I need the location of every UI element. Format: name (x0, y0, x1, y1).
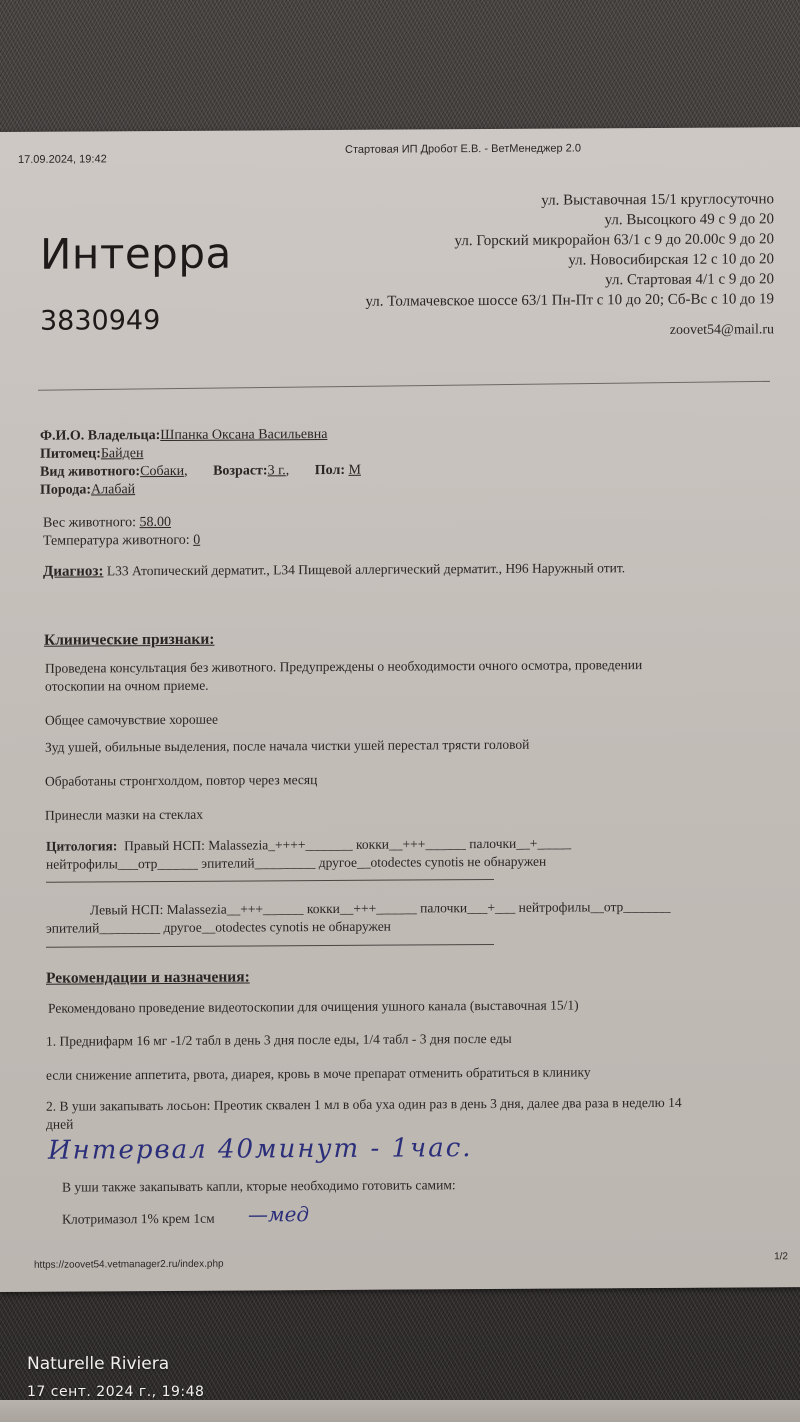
print-footer-url: https://zoovet54.vetmanager2.ru/index.ph… (34, 1259, 224, 1271)
cytology-left: Левый НСП: Malassezia__+++______ кокки__… (46, 898, 671, 938)
owner-label: Ф.И.О. Владельца: (40, 428, 160, 444)
header-divider (38, 381, 770, 391)
address-line: ул. Стартовая 4/1 с 9 до 20 (365, 269, 774, 291)
print-page-number: 1/2 (774, 1251, 788, 1262)
recommendation-item: Рекомендовано проведение видеотоскопии д… (48, 997, 579, 1016)
clinical-paragraph: Проведена консультация без животного. Пр… (45, 656, 642, 696)
address-line: ул. Выставочная 15/1 круглосуточно (365, 189, 774, 211)
species-value: Собаки (140, 464, 184, 479)
address-line: ул. Толмачевское шоссе 63/1 Пн-Пт с 10 д… (365, 289, 774, 311)
address-line: ул. Высоцкого 49 с 9 до 20 (365, 209, 774, 231)
patient-info: Ф.И.О. Владельца:Шпанка Оксана Васильевн… (40, 426, 361, 500)
breed-label: Порода: (40, 482, 91, 497)
clinic-logo: Интерра (40, 229, 232, 279)
cytology-right-line1: Правый НСП: Malassezia_++++_______ кокки… (124, 836, 571, 854)
diagnosis-text: L33 Атопический дерматит., L34 Пищевой а… (107, 560, 625, 578)
temp-value: 0 (193, 533, 200, 548)
handwritten-note: Интервал 40минут - 1час. (48, 1133, 473, 1166)
printed-document: 17.09.2024, 19:42 Стартовая ИП Дробот Е.… (0, 127, 800, 1292)
cytology-divider (46, 944, 494, 948)
print-datetime: 17.09.2024, 19:42 (18, 153, 107, 166)
second-page-edge (0, 1400, 800, 1422)
photo-datetime: 17 сент. 2024 г., 19:48 (27, 1384, 204, 1400)
print-title: Стартовая ИП Дробот Е.В. - ВетМенеджер 2… (345, 142, 581, 155)
age-value: 3 г. (268, 463, 286, 478)
cytology-divider (46, 879, 494, 883)
weight-value: 58.00 (140, 515, 172, 530)
diagnosis-label: Диагноз: (43, 563, 103, 579)
recommendation-item: В уши также закапывать капли, кторые нео… (62, 1177, 456, 1195)
age-label: Возраст: (213, 463, 268, 478)
clinical-paragraph: Обработаны стронгхолдом, повтор через ме… (45, 772, 317, 790)
recommendation-item: если снижение аппетита, рвота, диарея, к… (46, 1064, 591, 1083)
species-label: Вид животного: (40, 464, 140, 480)
address-line: ул. Горский микрорайон 63/1 с 9 до 20.00… (365, 229, 774, 251)
clinical-heading: Клинические признаки: (44, 631, 214, 650)
vitals: Вес животного: 58.00 Температура животно… (43, 514, 200, 551)
cytology-right-line2: нейтрофилы___отр______ эпителий_________… (46, 853, 571, 874)
pet-value: Байден (101, 446, 144, 461)
address-line: ул. Новосибирская 12 с 10 до 20 (365, 249, 774, 271)
pet-label: Питомец: (40, 446, 101, 461)
cytology-right: Цитология: Правый НСП: Malassezia_++++__… (46, 835, 571, 874)
clinical-paragraph: Общее самочувствие хорошее (45, 712, 218, 729)
owner-value: Шпанка Оксана Васильевна (160, 427, 327, 443)
clinical-paragraph: Зуд ушей, обильные выделения, после нача… (45, 737, 529, 756)
breed-value: Алабай (91, 482, 135, 497)
sex-value: М (349, 463, 361, 478)
clinical-paragraph: Принесли мазки на стеклах (45, 807, 203, 824)
recommendation-item: 2. В уши закапывать лосьон: Преотик сква… (46, 1094, 682, 1134)
temp-label: Температура животного: (43, 533, 190, 549)
weight-label: Вес животного: (43, 515, 136, 531)
clinic-email: zoovet54@mail.ru (670, 322, 774, 339)
photo-location-title: Naturelle Riviera (27, 1354, 169, 1374)
handwritten-note: —мед (248, 1202, 309, 1226)
clinic-addresses: ул. Выставочная 15/1 круглосуточно ул. В… (365, 189, 774, 311)
cytology-label: Цитология: (46, 838, 117, 853)
recommendation-item: 1. Преднифарм 16 мг -1/2 табл в день 3 д… (46, 1031, 512, 1050)
recommendation-item: Клотримазол 1% крем 1см (62, 1211, 215, 1228)
clinic-phone: 3830949 (40, 305, 160, 337)
sex-label: Пол: (315, 463, 345, 478)
clinical-line: отоскопии на очном приеме. (45, 674, 642, 696)
cytology-left-line2: эпителий_________ другое__otodectes cyno… (46, 916, 671, 938)
recommendations-heading: Рекомендации и назначения: (46, 968, 250, 987)
cytology-left-line1: Левый НСП: Malassezia__+++______ кокки__… (46, 898, 671, 920)
diagnosis: Диагноз: L33 Атопический дерматит., L34 … (43, 560, 625, 581)
clinical-line: Проведена консультация без животного. Пр… (45, 656, 642, 678)
